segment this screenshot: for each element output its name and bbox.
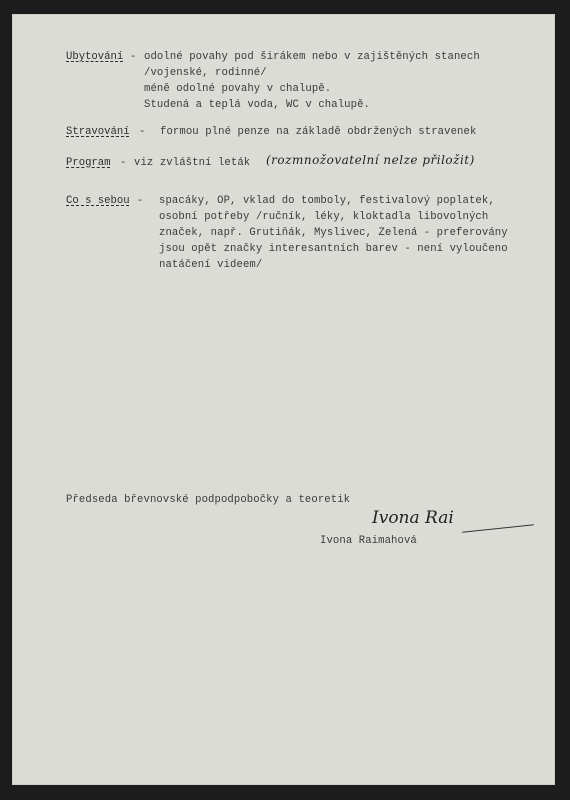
- section-separator: -: [137, 195, 143, 207]
- section-label-program: Program: [66, 157, 111, 169]
- section-separator: -: [120, 157, 126, 169]
- section-line: natáčení videem/: [159, 259, 262, 271]
- section-separator: -: [139, 126, 145, 138]
- closing-title: Předseda břevnovské podpodpobočky a teor…: [66, 494, 350, 506]
- section-line: odolné povahy pod širákem nebo v zajiště…: [144, 51, 480, 63]
- signatory-name: Ivona Raimahová: [320, 535, 417, 547]
- section-line: formou plné penze na základě obdržených …: [160, 126, 476, 138]
- section-line: osobní potřeby /ručník, léky, kloktadla …: [159, 211, 488, 223]
- document-page: Ubytování - odolné povahy pod širákem ne…: [12, 14, 555, 785]
- section-line: Studená a teplá voda, WC v chalupě.: [144, 99, 370, 111]
- section-line: /vojenské, rodinné/: [144, 67, 267, 79]
- section-label-stravovani: Stravování: [66, 126, 130, 138]
- section-line: méně odolné povahy v chalupě.: [144, 83, 331, 95]
- section-line: spacáky, OP, vklad do tomboly, festivalo…: [159, 195, 495, 207]
- signature: Ivona Rai: [372, 508, 454, 528]
- handwritten-note: (rozmnožovatelní nelze přiložit): [266, 153, 475, 167]
- section-line: jsou opět značky interesantních barev - …: [159, 243, 508, 255]
- signature-stroke: [462, 524, 534, 533]
- section-label-co-s-sebou: Co s sebou: [66, 195, 130, 207]
- section-separator: -: [130, 51, 136, 63]
- section-label-ubytovani: Ubytování: [66, 51, 123, 63]
- section-line: značek, např. Grutiňák, Myslivec, Zelená…: [159, 227, 508, 239]
- section-line: viz zvláštní leták: [134, 157, 250, 169]
